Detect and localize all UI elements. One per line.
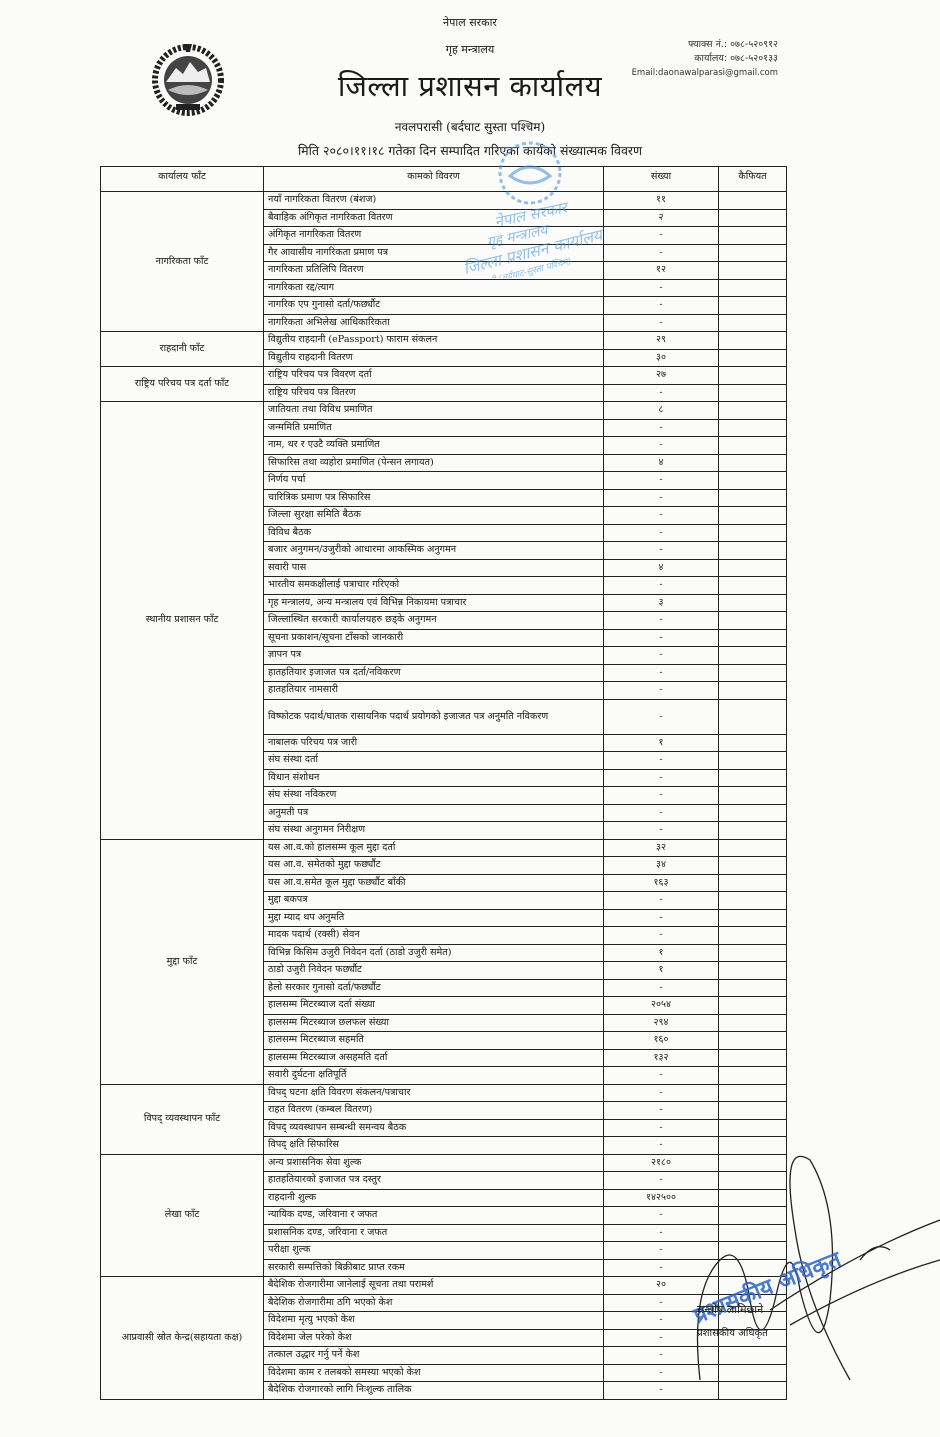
task-remarks [719,244,787,262]
task-count: - [604,1364,719,1382]
task-count: - [604,244,719,262]
task-remarks [719,279,787,297]
task-count: - [604,297,719,315]
task-description: हालसम्म मिटरब्याज सहमति [264,1032,604,1050]
task-description: चारित्रिक प्रमाण पत्र सिफारिस [264,489,604,507]
task-remarks [719,1382,787,1400]
task-description: तत्काल उद्धार गर्नु पर्ने केश [264,1347,604,1365]
task-count: ३४ [604,857,719,875]
task-count: २१८० [604,1154,719,1172]
task-description: मुद्दा बकपत्र [264,892,604,910]
table-row: नागरिकता फाँटनयाँ नागरिकता वितरण (बंशज)१… [101,192,787,210]
task-remarks [719,402,787,420]
task-remarks [719,647,787,665]
task-description: जातियता तथा विविध प्रमाणित [264,402,604,420]
email-address: Email:daonawalparasi@gmail.com [632,66,778,80]
task-description: जिल्ला सुरक्षा समिति बैठक [264,507,604,525]
table-row: विपद् व्यवस्थापन फाँटविपद् घटना क्षति वि… [101,1084,787,1102]
task-count: ४ [604,559,719,577]
task-remarks [719,367,787,385]
task-count: - [604,314,719,332]
task-description: सवारी पास [264,559,604,577]
task-count: - [604,384,719,402]
task-remarks [719,209,787,227]
task-remarks [719,524,787,542]
table-row: लेखा फाँटअन्य प्रशासनिक सेवा शुल्क२१८० [101,1154,787,1172]
task-count: - [604,542,719,560]
task-description: विदेशमा काम र तलबको समस्या भएको केश [264,1364,604,1382]
ministry-name: गृह मन्त्रालय [0,42,940,57]
task-remarks [719,734,787,752]
task-remarks [719,1154,787,1172]
task-description: विविध बैठक [264,524,604,542]
task-description: सिफारिस तथा व्यहोरा प्रमाणित (पेन्सन लगा… [264,454,604,472]
task-count: - [604,279,719,297]
section-name: लेखा फाँट [101,1154,264,1277]
signer-name: सन्तोष लामिछाने [697,1302,763,1317]
task-remarks [719,874,787,892]
task-remarks [719,1032,787,1050]
task-count: १ [604,944,719,962]
task-description: गृह मन्त्रालय, अन्य मन्त्रालय एवं विभिन्… [264,594,604,612]
task-remarks [719,419,787,437]
task-description: हातहतियार नामसारी [264,682,604,700]
task-remarks [719,682,787,700]
task-description: यस आ.व.समेत कूल मुद्दा फर्छ्यौट बाँकी [264,874,604,892]
task-description: सरकारी सम्पत्तिको बिक्रीबाट प्राप्त रकम [264,1259,604,1277]
task-count: - [604,1137,719,1155]
task-description: नागरिकता अभिलेख आधिकारिकता [264,314,604,332]
task-remarks [719,944,787,962]
task-description: यस आ.व.को हालसम्म कूल मुद्दा दर्ता [264,839,604,857]
task-remarks [719,629,787,647]
task-remarks [719,769,787,787]
task-remarks [719,594,787,612]
task-description: विभिन्न किसिम उजुरी निवेदन दर्ता (ठाडो उ… [264,944,604,962]
task-description: बैवाहिक अंगिकृत नागरिकता वितरण [264,209,604,227]
task-count: - [604,787,719,805]
task-count: १३२ [604,1049,719,1067]
task-description: प्रशासनिक दण्ड, जरिवाना र जफत [264,1224,604,1242]
section-name: आप्रवासी स्रोत केन्द्र(सहायता कक्ष) [101,1277,264,1400]
task-description: नयाँ नागरिकता वितरण (बंशज) [264,192,604,210]
task-description: नाम, थर र एउटै व्यक्ति प्रमाणित [264,437,604,455]
task-remarks [719,857,787,875]
task-count: १ [604,962,719,980]
task-count: - [604,1207,719,1225]
task-count: - [604,664,719,682]
task-description: मादक पदार्थ (रक्सी) सेवन [264,927,604,945]
table-body: नागरिकता फाँटनयाँ नागरिकता वितरण (बंशज)१… [101,192,787,1400]
task-count: १४२५०० [604,1189,719,1207]
task-count: २० [604,1277,719,1295]
column-header-count: संख्या [604,167,719,192]
task-count: - [604,1382,719,1400]
task-count: - [604,1119,719,1137]
section-name: विपद् व्यवस्थापन फाँट [101,1084,264,1154]
task-description: नाबालक परिचय पत्र जारी [264,734,604,752]
table-row: राष्ट्रिय परिचय पत्र दर्ता फाँटराष्ट्रिय… [101,367,787,385]
task-description: विदेशमा मृत्यु भएको केश [264,1312,604,1330]
task-remarks [719,437,787,455]
task-count: - [604,227,719,245]
task-count: - [604,507,719,525]
task-remarks [719,1207,787,1225]
task-remarks [719,1277,787,1295]
district-name: नवलपरासी (बर्दघाट सुस्ता पश्चिम) [0,118,940,135]
task-remarks [719,1084,787,1102]
task-count: १६३ [604,874,719,892]
task-description: नागरिकता रद्द/त्याग [264,279,604,297]
task-count: ३२ [604,839,719,857]
task-remarks [719,472,787,490]
task-remarks [719,962,787,980]
task-description: न्यायिक दण्ड, जरिवाना र जफत [264,1207,604,1225]
task-count: - [604,437,719,455]
task-count: ३ [604,594,719,612]
task-count: - [604,472,719,490]
column-header-remarks: कैफियत [719,167,787,192]
table-row: राहदानी फाँटविद्युतीय राहदानी (ePassport… [101,332,787,350]
government-name: नेपाल सरकार [0,15,940,30]
task-description: बैदेशिक रोजगारीमा ठगि भएको केश [264,1294,604,1312]
task-count: ८ [604,402,719,420]
task-description: विद्युतीय राहदानी वितरण [264,349,604,367]
table-row: आप्रवासी स्रोत केन्द्र(सहायता कक्ष)बैदेश… [101,1277,787,1295]
task-description: संघ संस्था अनुगमन निरीक्षण [264,822,604,840]
task-count: १२ [604,262,719,280]
task-remarks [719,262,787,280]
task-remarks [719,1067,787,1085]
task-remarks [719,332,787,350]
task-remarks [719,1119,787,1137]
task-description: हालसम्म मिटरब्याज दर्ता संख्या [264,997,604,1015]
task-remarks [719,979,787,997]
task-count: - [604,647,719,665]
task-description: बैदेशिक रोजगारको लागि निःशुल्क तालिक [264,1382,604,1400]
task-description: विपद् क्षति सिफारिस [264,1137,604,1155]
task-count: २७ [604,367,719,385]
task-remarks [719,612,787,630]
task-count: - [604,804,719,822]
report-table: कार्यालय फाँट कामको विवरण संख्या कैफियत … [100,166,787,1400]
task-count: - [604,822,719,840]
task-description: नागरिकता प्रतिलिपि वितरण [264,262,604,280]
task-description: विष्फोटक पदार्थ/घातक रासायनिक पदार्थ प्र… [264,699,604,734]
task-count: ११ [604,192,719,210]
signer-designation: प्रशासकीय अधिकृत [697,1325,768,1339]
task-remarks [719,577,787,595]
task-description: विधान संशोधन [264,769,604,787]
task-description: निर्णय पर्चा [264,472,604,490]
task-description: हालसम्म मिटरब्याज असहमति दर्ता [264,1049,604,1067]
task-description: ज्ञापन पत्र [264,647,604,665]
office-title: जिल्ला प्रशासन कार्यालय [0,66,940,105]
task-remarks [719,1137,787,1155]
task-count: - [604,1102,719,1120]
task-count: ४ [604,454,719,472]
task-remarks [719,384,787,402]
task-description: संघ संस्था नविकरण [264,787,604,805]
column-header-description: कामको विवरण [264,167,604,192]
task-count: - [604,577,719,595]
section-name: स्थानीय प्रशासन फाँट [101,402,264,840]
task-count: - [604,612,719,630]
section-name: मुद्दा फाँट [101,839,264,1084]
task-description: नागरिक एप गुनासो दर्ता/फर्छ्यौट [264,297,604,315]
task-remarks [719,752,787,770]
task-remarks [719,997,787,1015]
task-count: - [604,1224,719,1242]
task-count: - [604,419,719,437]
task-description: राष्ट्रिय परिचय पत्र विवरण दर्ता [264,367,604,385]
task-description: हालसम्म मिटरब्याज छलफल संख्या [264,1014,604,1032]
table-row: मुद्दा फाँटयस आ.व.को हालसम्म कूल मुद्दा … [101,839,787,857]
task-remarks [719,804,787,822]
task-remarks [719,192,787,210]
task-count: - [604,1067,719,1085]
task-remarks [719,822,787,840]
task-remarks [719,1102,787,1120]
task-count: - [604,1242,719,1260]
task-description: परीक्षा शुल्क [264,1242,604,1260]
section-name: राष्ट्रिय परिचय पत्र दर्ता फाँट [101,367,264,402]
task-count: - [604,699,719,734]
task-remarks [719,839,787,857]
task-description: अन्य प्रशासनिक सेवा शुल्क [264,1154,604,1172]
task-description: विपद् घटना क्षति विवरण संकलन/पत्राचार [264,1084,604,1102]
task-remarks [719,297,787,315]
task-description: विद्युतीय राहदानी (ePassport) फाराम संकल… [264,332,604,350]
task-remarks [719,1224,787,1242]
task-description: जन्ममिति प्रमाणित [264,419,604,437]
task-description: हातहतियार इजाजत पत्र दर्ता/नविकरण [264,664,604,682]
task-remarks [719,927,787,945]
task-description: गैर आवासीय नागरिकता प्रमाण पत्र [264,244,604,262]
task-count: २०५४ [604,997,719,1015]
table-row: स्थानीय प्रशासन फाँटजातियता तथा विविध प्… [101,402,787,420]
task-remarks [719,489,787,507]
task-description: राहदानी शुल्क [264,1189,604,1207]
task-remarks [719,1259,787,1277]
task-remarks [719,909,787,927]
task-count: - [604,629,719,647]
column-header-section: कार्यालय फाँट [101,167,264,192]
task-remarks [719,1172,787,1190]
task-remarks [719,227,787,245]
task-description: जिल्लास्थित सरकारी कार्यालयहरु छड्के अनु… [264,612,604,630]
task-count: - [604,1084,719,1102]
task-remarks [719,454,787,472]
task-description: बैदेशिक रोजगारीमा जानेलाई सूचना तथा पराम… [264,1277,604,1295]
task-remarks [719,1242,787,1260]
task-description: सवारी दुर्घटना क्षतिपूर्ति [264,1067,604,1085]
task-remarks [719,314,787,332]
task-remarks [719,664,787,682]
task-description: ठाडो उजुरी निवेदन फर्छ्यौट [264,962,604,980]
task-description: हातहतियारको इजाजत पत्र दस्तुर [264,1172,604,1190]
task-count: २९ [604,332,719,350]
task-description: यस आ.व. समेतको मुद्दा फर्छ्यौट [264,857,604,875]
task-description: मुद्दा म्याद थप अनुमति [264,909,604,927]
task-remarks [719,542,787,560]
task-description: संघ संस्था दर्ता [264,752,604,770]
task-remarks [719,699,787,734]
task-count: - [604,1172,719,1190]
task-remarks [719,1364,787,1382]
task-remarks [719,1347,787,1365]
task-count: १६० [604,1032,719,1050]
task-count: - [604,489,719,507]
task-description: अनुमती पत्र [264,804,604,822]
task-remarks [719,1049,787,1067]
task-count: - [604,682,719,700]
task-count: ३० [604,349,719,367]
task-count: - [604,892,719,910]
section-name: नागरिकता फाँट [101,192,264,332]
task-description: अंगिकृत नागरिकता वितरण [264,227,604,245]
task-description: राष्ट्रिय परिचय पत्र वितरण [264,384,604,402]
task-remarks [719,349,787,367]
task-count: - [604,752,719,770]
task-remarks [719,1189,787,1207]
task-description: सूचना प्रकाशन/सूचना टाँसको जानकारी [264,629,604,647]
office-phone: कार्यालय: ०७८-५२०१३३ [632,52,778,66]
task-count: २ [604,209,719,227]
task-count: - [604,1347,719,1365]
task-description: भारतीय समकक्षीलाई पत्राचार गरिएको [264,577,604,595]
task-remarks [719,787,787,805]
section-name: राहदानी फाँट [101,332,264,367]
task-description: विपद् व्यवस्थापन सम्बन्धी समन्वय बैठक [264,1119,604,1137]
task-description: बजार अनुगमन/उजुरीको आधारमा आकस्मिक अनुगम… [264,542,604,560]
task-count: १ [604,734,719,752]
task-count: - [604,979,719,997]
contact-info: फ्याक्स नं.: ०७८-५२०९१२ कार्यालय: ०७८-५२… [632,38,778,80]
task-description: हेलो सरकार गुनासो दर्ता/फर्छ्यौट [264,979,604,997]
task-remarks [719,892,787,910]
fax-number: फ्याक्स नं.: ०७८-५२०९१२ [632,38,778,52]
task-remarks [719,559,787,577]
task-count: - [604,909,719,927]
task-remarks [719,507,787,525]
table-header-row: कार्यालय फाँट कामको विवरण संख्या कैफियत [101,167,787,192]
task-description: विदेशमा जेल परेको केश [264,1329,604,1347]
task-remarks [719,1014,787,1032]
task-count: - [604,927,719,945]
task-description: राहत वितरण (कम्बल वितरण) [264,1102,604,1120]
task-count: - [604,1259,719,1277]
task-count: - [604,769,719,787]
task-count: - [604,524,719,542]
report-title: मिति २०८०।११।१८ गतेका दिन सम्पादित गरिएक… [0,142,940,159]
task-count: २९४ [604,1014,719,1032]
